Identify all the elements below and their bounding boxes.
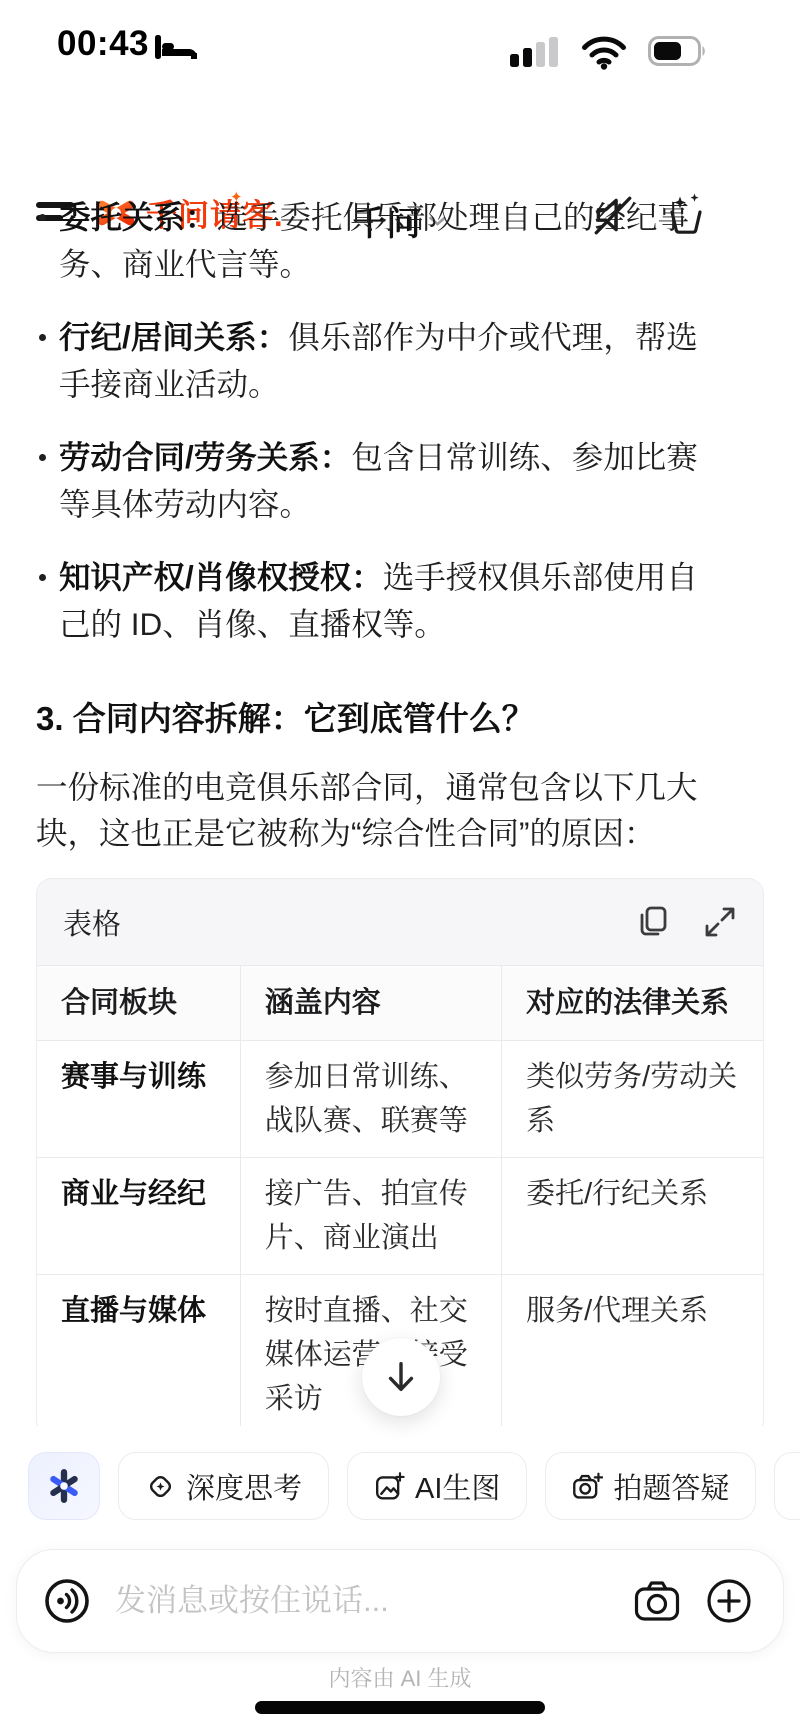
bullet-label: 知识产权/肖像权授权：	[59, 559, 383, 595]
chip-label: 拍题答疑	[613, 1466, 729, 1507]
table-row: 赛事与训练 参加日常训练、战队赛、联赛等 类似劳务/劳动关系	[37, 1041, 763, 1158]
voice-input-icon[interactable]	[43, 1577, 91, 1625]
bullet-label: 委托关系：	[59, 199, 217, 235]
qwen-assistant-button[interactable]	[28, 1452, 100, 1520]
column-header: 对应的法律关系	[502, 966, 763, 1041]
chip-label: AI生图	[415, 1466, 500, 1507]
list-item: 行纪/居间关系：俱乐部作为中介或代理，帮选手接商业活动。	[36, 314, 764, 408]
bedtime-mode-icon	[153, 31, 199, 63]
bullet-marker	[39, 454, 46, 461]
ai-disclaimer: 内容由 AI 生成	[0, 1662, 800, 1693]
camera-plus-icon	[572, 1471, 603, 1502]
table-header-row: 合同板块 涵盖内容 对应的法律关系	[37, 966, 763, 1041]
status-bar: 00:43	[0, 0, 800, 90]
battery-icon	[648, 36, 708, 66]
table-cell: 服务/代理关系	[502, 1275, 763, 1427]
bullet-label: 劳动合同/劳务关系：	[59, 439, 351, 475]
plus-circle-icon[interactable]	[705, 1577, 753, 1625]
bullet-list: 委托关系：选手委托俱乐部处理自己的经纪事务、商业代言等。 行纪/居间关系：俱乐部…	[36, 194, 764, 648]
bullet-marker	[39, 574, 46, 581]
list-item: 委托关系：选手委托俱乐部处理自己的经纪事务、商业代言等。	[36, 194, 764, 288]
bullet-marker	[39, 334, 46, 341]
scroll-to-bottom-button[interactable]	[362, 1338, 440, 1416]
ai-video-button[interactable]: AI视频	[774, 1452, 800, 1520]
table-cell: 委托/行纪关系	[502, 1158, 763, 1275]
table-card-title: 表格	[63, 902, 601, 943]
app-header: 千问请客. ✦ 千问	[0, 92, 800, 168]
ai-image-button[interactable]: AI生图	[347, 1452, 527, 1520]
copy-icon[interactable]	[635, 905, 669, 939]
column-header: 涵盖内容	[240, 966, 501, 1041]
bullet-label: 行纪/居间关系：	[59, 319, 288, 355]
cellular-signal-icon	[510, 37, 562, 67]
table-cell: 类似劳务/劳动关系	[502, 1041, 763, 1158]
table-cell: 赛事与训练	[37, 1041, 240, 1158]
wifi-icon	[580, 34, 628, 70]
qwen-spark-icon	[46, 1468, 82, 1504]
table-cell: 接广告、拍宣传片、商业演出	[240, 1158, 501, 1275]
home-indicator[interactable]	[255, 1701, 545, 1714]
arrow-down-icon	[382, 1358, 420, 1396]
message-composer	[16, 1549, 784, 1653]
table-cell: 直播与媒体	[37, 1275, 240, 1427]
list-item: 劳动合同/劳务关系：包含日常训练、参加比赛等具体劳动内容。	[36, 434, 764, 528]
chat-message-content: 委托关系：选手委托俱乐部处理自己的经纪事务、商业代言等。 行纪/居间关系：俱乐部…	[0, 168, 800, 1426]
photo-solve-button[interactable]: 拍题答疑	[545, 1452, 756, 1520]
table-card-header: 表格	[37, 879, 763, 965]
chip-label: 深度思考	[186, 1466, 302, 1507]
column-header: 合同板块	[37, 966, 240, 1041]
paragraph: 一份标准的电竞俱乐部合同，通常包含以下几大块，这也正是它被称为“综合性合同”的原…	[36, 764, 764, 856]
bullet-marker	[39, 214, 46, 221]
table-row: 商业与经纪 接广告、拍宣传片、商业演出 委托/行纪关系	[37, 1158, 763, 1275]
status-time: 00:43	[57, 24, 149, 64]
ai-image-icon	[374, 1471, 405, 1502]
deep-think-icon	[145, 1471, 176, 1502]
table-cell: 商业与经纪	[37, 1158, 240, 1275]
message-input[interactable]	[115, 1583, 609, 1619]
quick-action-toolbar: 深度思考 AI生图 拍题答疑 AI视频	[0, 1450, 800, 1522]
table-cell: 参加日常训练、战队赛、联赛等	[240, 1041, 501, 1158]
deep-think-button[interactable]: 深度思考	[118, 1452, 329, 1520]
camera-icon[interactable]	[633, 1577, 681, 1625]
section-heading: 3. 合同内容拆解：它到底管什么？	[36, 696, 764, 742]
list-item: 知识产权/肖像权授权：选手授权俱乐部使用自己的 ID、肖像、直播权等。	[36, 554, 764, 648]
expand-icon[interactable]	[703, 905, 737, 939]
